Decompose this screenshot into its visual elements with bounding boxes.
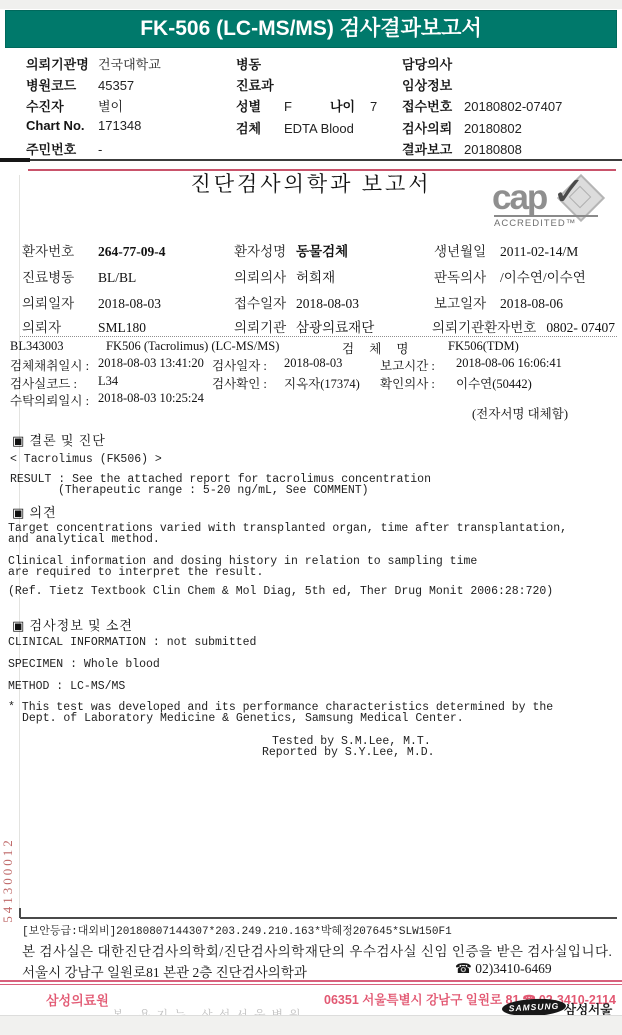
field-value: 2018-08-06 [500, 296, 563, 311]
field-value: 삼광의료재단 [296, 320, 374, 335]
patient-row: 환자번호264-77-09-4 [22, 240, 166, 260]
field-label: 의뢰기관환자번호 [432, 316, 536, 336]
patient-row: 의뢰자SML180 [22, 316, 146, 336]
test-name: FK506 (Tacrolimus) (LC-MS/MS) [106, 339, 279, 354]
certification-line: 본 검사실은 대한진단검사의학회/진단검사의학재단의 우수검사실 신임 인증을 … [22, 940, 612, 960]
field-value: SML180 [98, 320, 146, 335]
header-row: 결과보고20180808 [402, 139, 522, 157]
field-value: 20180802-07407 [464, 99, 562, 114]
pink-divider [0, 984, 622, 985]
field-label: 성별 [236, 96, 284, 115]
test-subtitle: < Tacrolimus (FK506) > [10, 453, 162, 466]
field-label: 의뢰기관명 [26, 54, 98, 73]
dotted-divider [20, 336, 617, 337]
header-row: 임상정보 [402, 75, 464, 93]
field-value: 0802- 07407 [546, 320, 615, 335]
header-row: 검사의뢰20180802 [402, 118, 522, 136]
field-label: 확인의사 : [380, 374, 435, 392]
field-label: 의뢰일자 [22, 292, 98, 312]
field-label: 보고시간 : [380, 356, 435, 374]
field-label: 주민번호 [26, 139, 98, 158]
field-value: 20180808 [464, 142, 522, 157]
header-row: 성별F나이7 [236, 96, 377, 114]
header-row: 수진자별이 [26, 96, 123, 114]
field-label: 환자성명 [234, 240, 296, 260]
divider [20, 917, 617, 919]
reported-by: Reported by S.Y.Lee, M.D. [262, 746, 435, 759]
field-label: 결과보고 [402, 139, 464, 158]
field-value: /이수연/이수연 [500, 270, 586, 285]
field-value: 2018-08-06 16:06:41 [456, 356, 562, 371]
clinical-information: CLINICAL INFORMATION : not submitted [8, 636, 256, 649]
side-serial-number: 541300012 [0, 828, 16, 932]
security-line: [보안등급:대외비]20180807144307*203.249.210.163… [22, 922, 452, 938]
patient-row: 생년월일2011-02-14/M [434, 240, 578, 260]
patient-row: 의뢰의사허희재 [234, 266, 335, 286]
header-row: 병원코드45357 [26, 75, 134, 93]
field-value: EDTA Blood [284, 121, 354, 136]
field-label: 나이 [330, 96, 370, 115]
specimen-line: SPECIMEN : Whole blood [8, 658, 160, 671]
field-label: 의뢰의사 [234, 266, 296, 286]
checkmark-icon: ✓ [552, 169, 586, 215]
field-label: 임상정보 [402, 75, 464, 94]
section-heading-conclusion: ▣ 결론 및 진단 [12, 430, 106, 449]
field-value: F [284, 99, 330, 114]
field-label: 보고일자 [434, 292, 500, 312]
address-line: 서울시 강남구 일원로81 본관 2층 진단검사의학과 [22, 961, 307, 981]
section-heading-info: ▣ 검사정보 및 소견 [12, 615, 133, 634]
field-label: 수진자 [26, 96, 98, 115]
field-label: 검체 [236, 118, 284, 137]
header-row: 병동 [236, 54, 284, 72]
field-label: 의뢰기관 [234, 316, 296, 336]
header-row: 담당의사 [402, 54, 464, 72]
field-value: 건국대학교 [98, 57, 161, 72]
field-label: 생년월일 [434, 240, 500, 260]
method-line: METHOD : LC-MS/MS [8, 680, 125, 693]
field-label: 진료병동 [22, 266, 98, 286]
field-label: 검사실코드 : [10, 374, 77, 392]
field-value: FK506(TDM) [448, 339, 519, 354]
field-value: 2018-08-03 13:41:20 [98, 356, 204, 371]
field-value: 2011-02-14/M [500, 244, 578, 259]
field-value: 45357 [98, 78, 134, 93]
scan-edge-bottom [0, 1015, 622, 1035]
scan-edge-top [0, 0, 622, 9]
patient-row: 환자성명동물검체 [234, 240, 348, 260]
divider [0, 159, 622, 161]
field-label: 검사일자 : [212, 356, 267, 374]
phone-number: ☎ 02)3410-6469 [455, 961, 552, 977]
field-value: BL/BL [98, 270, 136, 285]
patient-row: 의뢰기관환자번호0802- 07407 [432, 316, 615, 336]
lab-report-page: FK-506 (LC-MS/MS) 검사결과보고서 의뢰기관명건국대학교 병원코… [0, 0, 622, 1035]
disclaimer-line: Dept. of Laboratory Medicine & Genetics,… [22, 712, 464, 725]
field-label: 진료과 [236, 75, 284, 94]
section-heading-opinion: ▣ 의견 [12, 502, 57, 521]
opinion-line: and analytical method. [8, 533, 160, 546]
field-value: 264-77-09-4 [98, 244, 166, 259]
patient-row: 진료병동BL/BL [22, 266, 136, 286]
field-label: Chart No. [26, 118, 98, 133]
divider-notch [0, 158, 30, 162]
field-value: 171348 [98, 118, 141, 133]
reference-line: (Ref. Tietz Textbook Clin Chem & Mol Dia… [8, 585, 553, 598]
field-label: 접수번호 [402, 96, 464, 115]
field-value: 이수연(50442) [456, 374, 532, 392]
field-value: L34 [98, 374, 118, 389]
field-label: 의뢰자 [22, 316, 98, 336]
field-label: 판독의사 [434, 266, 500, 286]
field-label: 검 체 명 [342, 339, 414, 357]
field-value: 지옥자(17374) [284, 374, 360, 392]
brand-left: 삼성의료원 [46, 990, 109, 1009]
field-label: 접수일자 [234, 292, 296, 312]
field-label: 검체채취일시 : [10, 356, 89, 374]
result-line: (Therapeutic range : 5-20 ng/mL, See COM… [58, 484, 369, 497]
field-value: 동물검체 [296, 244, 348, 259]
header-row: 접수번호20180802-07407 [402, 96, 562, 114]
header-row: 주민번호- [26, 139, 102, 157]
header-row: 의뢰기관명건국대학교 [26, 54, 161, 72]
patient-row: 의뢰기관삼광의료재단 [234, 316, 374, 336]
cap-wordmark: cap [492, 178, 546, 217]
field-label: 검사확인 : [212, 374, 267, 392]
patient-row: 보고일자2018-08-06 [434, 292, 563, 312]
field-value: 별이 [98, 99, 123, 114]
cap-accredited-label: ACCREDITED™ [494, 215, 598, 229]
field-value: 허희재 [296, 270, 335, 285]
field-value: 7 [370, 99, 377, 114]
header-row: 진료과 [236, 75, 284, 93]
field-value: 2018-08-03 [296, 296, 359, 311]
patient-row: 접수일자2018-08-03 [234, 292, 359, 312]
esign-note: (전자서명 대체함) [472, 404, 568, 422]
field-label: 수탁의뢰일시 : [10, 391, 89, 409]
field-value: 2018-08-03 [98, 296, 161, 311]
opinion-line: are required to interpret the result. [8, 566, 263, 579]
field-value: - [98, 142, 102, 157]
header-row: 검체EDTA Blood [236, 118, 354, 136]
field-label: 검사의뢰 [402, 118, 464, 137]
pink-divider [0, 980, 622, 982]
title-band: FK-506 (LC-MS/MS) 검사결과보고서 [5, 10, 617, 48]
field-label: 담당의사 [402, 54, 464, 73]
faint-watermark-line: 본 용지는 삼성서울병원 [112, 1006, 307, 1015]
field-value: 2018-08-03 10:25:24 [98, 391, 204, 406]
field-value: 20180802 [464, 121, 522, 136]
field-label: 병동 [236, 54, 284, 73]
header-row: Chart No.171348 [26, 118, 141, 136]
divider-notch [19, 908, 21, 918]
cap-accredited-logo: cap ✓ ACCREDITED™ [492, 183, 614, 241]
patient-row: 의뢰일자2018-08-03 [22, 292, 161, 312]
field-label: 병원코드 [26, 75, 98, 94]
field-value: 2018-08-03 [284, 356, 342, 371]
field-label: 환자번호 [22, 240, 98, 260]
patient-row: 판독의사/이수연/이수연 [434, 266, 586, 286]
test-code: BL343003 [10, 339, 63, 354]
